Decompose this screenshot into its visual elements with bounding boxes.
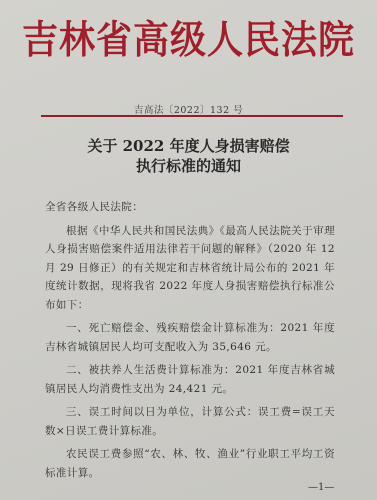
issuer-masthead: 吉林省高级人民法院 [0, 14, 377, 66]
paragraph-farmer-wages: 农民误工费参照“农、林、牧、渔业”行业职工平均工资标准计算。 [45, 445, 335, 482]
notice-title: 关于 2022 年度人身损害赔偿 执行标准的通知 [0, 136, 377, 176]
paragraph-item-3-lost-wages: 三、误工时间以日为单位，计算公式：误工费=误工天数×日误工费计算标准。 [45, 403, 335, 440]
paragraph-basis: 根据《中华人民共和国民法典》《最高人民法院关于审理人身损害赔偿案件适用法律若干问… [45, 222, 335, 315]
notice-title-line-2: 执行标准的通知 [0, 156, 377, 176]
notice-title-line-1: 关于 2022 年度人身损害赔偿 [0, 136, 377, 156]
paragraph-item-1-death-disability: 一、死亡赔偿金、残疾赔偿金计算标准为：2021 年度吉林省城镇居民人均可支配收入… [45, 319, 335, 356]
red-divider-rule [41, 115, 343, 117]
document-page: 吉林省高级人民法院 吉高法〔2022〕132 号 关于 2022 年度人身损害赔… [0, 0, 377, 500]
notice-body: 全省各级人民法院： 根据《中华人民共和国民法典》《最高人民法院关于审理人身损害赔… [45, 198, 335, 487]
paragraph-item-2-dependents: 二、被扶养人生活费计算标准为：2021 年度吉林省城镇居民人均消费性支出为 24… [45, 361, 335, 398]
document-number: 吉高法〔2022〕132 号 [0, 102, 377, 116]
page-number: —1— [308, 482, 334, 493]
salutation: 全省各级人民法院： [45, 198, 335, 217]
